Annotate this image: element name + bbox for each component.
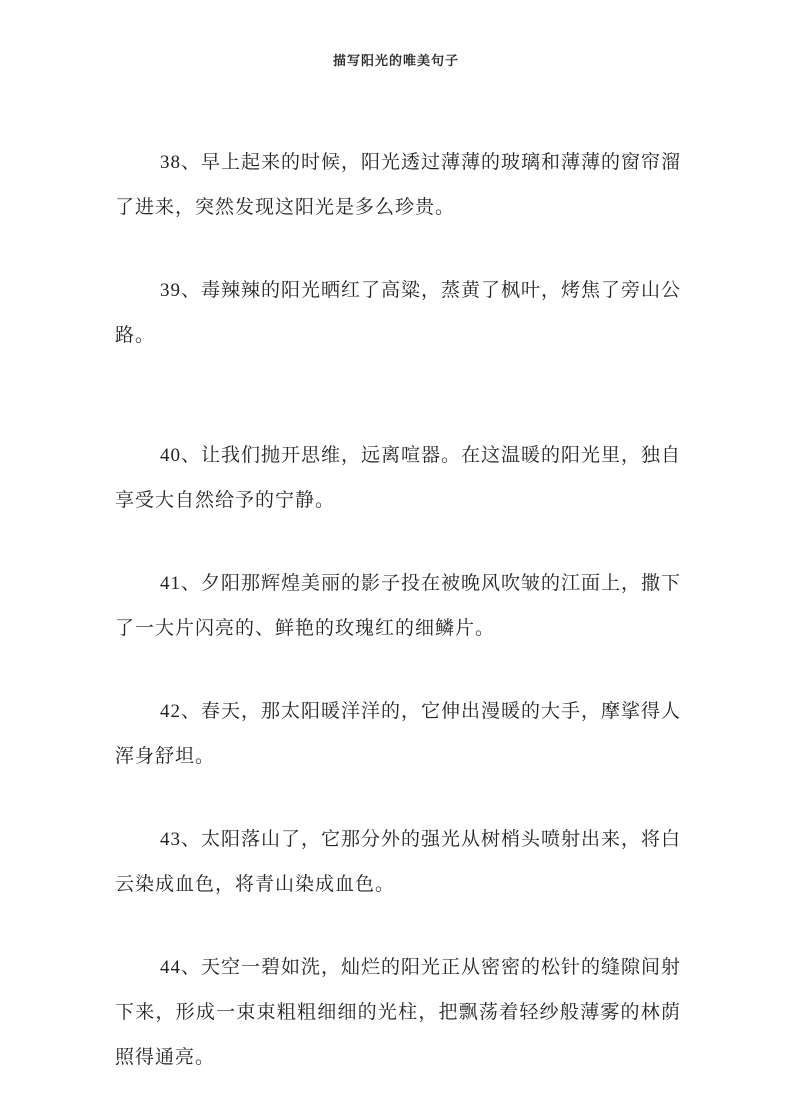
paragraph-39: 39、毒辣辣的阳光晒红了高粱，蒸黄了枫叶，烤焦了旁山公路。 (115, 268, 681, 358)
paragraph-44: 44、天空一碧如洗，灿烂的阳光正从密密的松针的缝隙间射下来，形成一束束粗粗细细的… (115, 945, 681, 1080)
paragraph-41: 41、夕阳那辉煌美丽的影子投在被晚风吹皱的江面上，撒下了一大片闪亮的、鲜艳的玫瑰… (115, 561, 681, 651)
page-title: 描写阳光的唯美句子 (0, 50, 792, 69)
document-page: 描写阳光的唯美句子 38、早上起来的时候，阳光透过薄薄的玻璃和薄薄的窗帘溜了进来… (0, 0, 792, 1120)
document-body: 38、早上起来的时候，阳光透过薄薄的玻璃和薄薄的窗帘溜了进来，突然发现这阳光是多… (115, 140, 681, 1080)
paragraph-42: 42、春天，那太阳暖洋洋的，它伸出漫暖的大手，摩挲得人浑身舒坦。 (115, 689, 681, 779)
paragraph-40: 40、让我们抛开思维，远离喧器。在这温暖的阳光里，独自享受大自然给予的宁静。 (115, 433, 681, 523)
paragraph-43: 43、太阳落山了，它那分外的强光从树梢头喷射出来，将白云染成血色，将青山染成血色… (115, 817, 681, 907)
paragraph-38: 38、早上起来的时候，阳光透过薄薄的玻璃和薄薄的窗帘溜了进来，突然发现这阳光是多… (115, 140, 681, 230)
